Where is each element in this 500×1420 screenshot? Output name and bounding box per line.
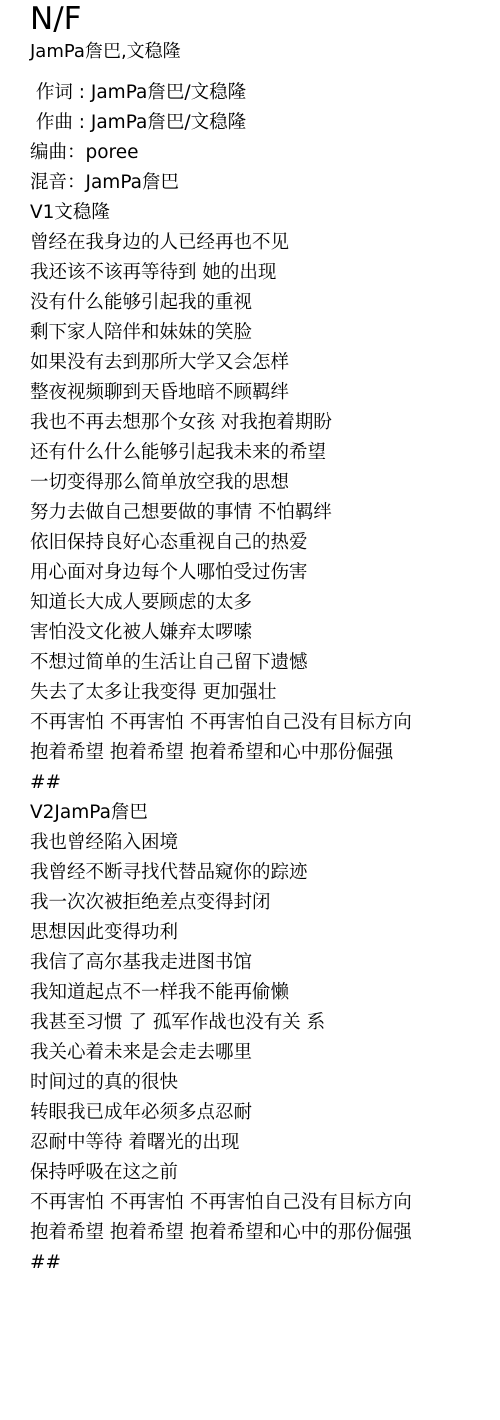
lyric-line: 转眼我已成年必须多点忍耐	[30, 1098, 490, 1128]
lyric-line: 失去了太多让我变得 更加强壮	[30, 678, 490, 708]
credit-composer: 作曲 : JamPa詹巴/文稳隆	[30, 108, 490, 138]
credit-mixing: 混音：JamPa詹巴	[30, 168, 490, 198]
lyric-line: 抱着希望 抱着希望 抱着希望和心中的那份倔强	[30, 1218, 490, 1248]
lyric-line: 努力去做自己想要做的事情 不怕羁绊	[30, 498, 490, 528]
lyric-line: 不再害怕 不再害怕 不再害怕自己没有目标方向	[30, 708, 490, 738]
lyric-line: 我还该不该再等待到 她的出现	[30, 258, 490, 288]
lyric-line: 知道长大成人要顾虑的太多	[30, 588, 490, 618]
lyric-line: 剩下家人陪伴和妹妹的笑脸	[30, 318, 490, 348]
lyric-line: 没有什么能够引起我的重视	[30, 288, 490, 318]
section-separator: ##	[30, 1248, 490, 1278]
lyric-line: 整夜视频聊到天昏地暗不顾羁绊	[30, 378, 490, 408]
lyric-line: 还有什么什么能够引起我未来的希望	[30, 438, 490, 468]
section-separator: ##	[30, 768, 490, 798]
section-label-v1: V1文稳隆	[30, 198, 490, 228]
lyric-line: 用心面对身边每个人哪怕受过伤害	[30, 558, 490, 588]
lyric-line: 思想因此变得功利	[30, 918, 490, 948]
lyric-line: 我信了高尔基我走进图书馆	[30, 948, 490, 978]
lyric-line: 我也曾经陷入困境	[30, 828, 490, 858]
lyric-line: 害怕没文化被人嫌弃太啰嗦	[30, 618, 490, 648]
credit-lyricist: 作词 : JamPa詹巴/文稳隆	[30, 78, 490, 108]
lyric-line: 不想过简单的生活让自己留下遗憾	[30, 648, 490, 678]
credit-arranger: 编曲：poree	[30, 138, 490, 168]
lyric-line: 如果没有去到那所大学又会怎样	[30, 348, 490, 378]
lyric-line: 一切变得那么简单放空我的思想	[30, 468, 490, 498]
lyric-line: 忍耐中等待 着曙光的出现	[30, 1128, 490, 1158]
lyric-line: 我知道起点不一样我不能再偷懒	[30, 978, 490, 1008]
song-title: N/F	[30, 1, 490, 37]
lyrics-page: N/F JamPa詹巴,文稳隆 作词 : JamPa詹巴/文稳隆 作曲 : Ja…	[30, 0, 490, 1278]
section-label-v2: V2JamPa詹巴	[30, 798, 490, 828]
lyric-line: 保持呼吸在这之前	[30, 1158, 490, 1188]
lyric-line: 时间过的真的很快	[30, 1068, 490, 1098]
song-artist: JamPa詹巴,文稳隆	[30, 37, 490, 67]
lyric-line: 抱着希望 抱着希望 抱着希望和心中那份倔强	[30, 738, 490, 768]
lyric-line: 我甚至习惯 了 孤军作战也没有关 系	[30, 1008, 490, 1038]
lyric-line: 我关心着未来是会走去哪里	[30, 1038, 490, 1068]
lyric-line: 我也不再去想那个女孩 对我抱着期盼	[30, 408, 490, 438]
lyric-line: 我一次次被拒绝差点变得封闭	[30, 888, 490, 918]
lyric-line: 依旧保持良好心态重视自己的热爱	[30, 528, 490, 558]
lyrics-list: 作词 : JamPa詹巴/文稳隆 作曲 : JamPa詹巴/文稳隆 编曲：por…	[30, 78, 490, 1278]
lyric-line: 不再害怕 不再害怕 不再害怕自己没有目标方向	[30, 1188, 490, 1218]
lyric-line: 曾经在我身边的人已经再也不见	[30, 228, 490, 258]
lyric-line: 我曾经不断寻找代替品窥你的踪迹	[30, 858, 490, 888]
